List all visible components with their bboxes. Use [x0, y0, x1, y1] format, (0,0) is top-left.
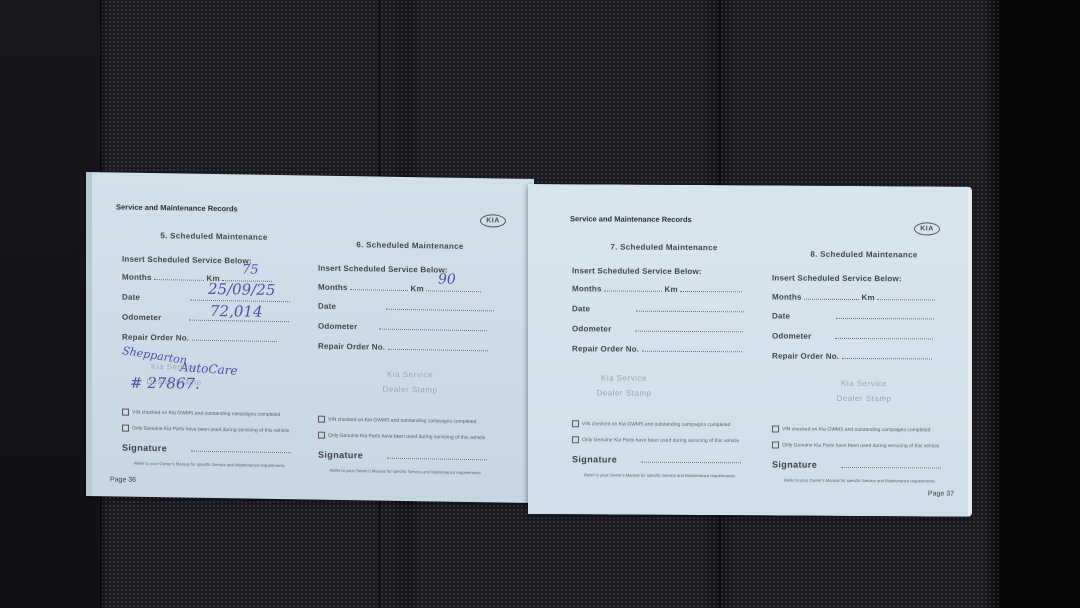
refer-note: Refer to your Owner's Manual for specifi…	[134, 461, 285, 468]
signature-field[interactable]: Signature	[772, 459, 941, 470]
stamp-line1: Kia Service	[524, 370, 724, 386]
section-title: 5. Scheduled Maintenance	[114, 230, 314, 242]
genuine-parts-checkbox[interactable]: Only Genuine Kia Parts have been used du…	[572, 436, 739, 444]
repair-order-field[interactable]: Repair Order No.	[318, 341, 488, 354]
odometer-label: Odometer	[772, 331, 811, 340]
months-label: Months	[572, 284, 602, 293]
repair-order-field[interactable]: Repair Order No.	[122, 332, 277, 344]
insert-label: Insert Scheduled Service Below:	[772, 273, 902, 283]
odometer-field[interactable]: Odometer	[122, 312, 289, 325]
checkbox-label: VIN checked on Kia GWMS and outstanding …	[582, 421, 730, 428]
genuine-parts-checkbox[interactable]: Only Genuine Kia Parts have been used du…	[318, 432, 485, 442]
insert-label: Insert Scheduled Service Below:	[122, 255, 252, 266]
stamp-line2: Dealer Stamp	[524, 385, 724, 401]
dealer-stamp-area: Kia ServiceDealer Stamp	[764, 375, 964, 406]
section-title: 8. Scheduled Maintenance	[764, 249, 964, 259]
checkbox-icon	[318, 416, 325, 423]
refer-note: Refer to your Owner's Manual for specifi…	[330, 468, 481, 475]
checkbox-label: VIN checked on Kia GWMS and outstanding …	[782, 426, 930, 433]
vin-checkbox[interactable]: VIN checked on Kia GWMS and outstanding …	[572, 420, 730, 428]
odometer-label: Odometer	[122, 313, 161, 323]
checkbox-icon	[772, 425, 779, 432]
km-label: Km	[862, 293, 875, 302]
dealer-stamp-area: Kia ServiceDealer Stamp	[310, 366, 510, 399]
months-label: Months	[122, 273, 152, 282]
signature-label: Signature	[772, 459, 817, 469]
signature-field[interactable]: Signature	[572, 454, 741, 465]
checkbox-icon	[572, 420, 579, 427]
genuine-parts-checkbox[interactable]: Only Genuine Kia Parts have been used du…	[122, 425, 289, 435]
checkbox-label: Only Genuine Kia Parts have been used du…	[132, 426, 289, 434]
signature-label: Signature	[318, 450, 363, 461]
refer-note: Refer to your Owner's Manual for specifi…	[584, 472, 735, 478]
odometer-field[interactable]: Odometer	[572, 323, 743, 334]
insert-label: Insert Scheduled Service Below:	[318, 264, 448, 275]
section-title: 6. Scheduled Maintenance	[310, 240, 510, 252]
signature-label: Signature	[572, 454, 617, 464]
signature-label: Signature	[122, 443, 167, 454]
genuine-parts-checkbox[interactable]: Only Genuine Kia Parts have been used du…	[772, 441, 939, 449]
handwritten-repair-order: # 27867.	[130, 374, 200, 393]
repair-order-label: Repair Order No.	[318, 342, 385, 352]
signature-field[interactable]: Signature	[122, 443, 291, 456]
odometer-field[interactable]: Odometer	[318, 321, 487, 334]
date-field[interactable]: Date	[572, 303, 744, 314]
stamp-line2: Dealer Stamp	[764, 390, 964, 406]
handwritten-date: 25/09/25	[208, 280, 275, 299]
repair-order-label: Repair Order No.	[122, 333, 189, 343]
months-km-field[interactable]: Months Km	[572, 283, 742, 294]
checkbox-label: VIN checked on Kia GWMS and outstanding …	[328, 417, 476, 425]
checkbox-icon	[122, 409, 129, 416]
vin-checkbox[interactable]: VIN checked on Kia GWMS and outstanding …	[318, 416, 476, 425]
stamp-line1: Kia Service	[764, 375, 964, 391]
date-label: Date	[318, 302, 336, 311]
page-36: Service and Maintenance Records KIA 5. S…	[86, 172, 534, 503]
repair-order-label: Repair Order No.	[572, 344, 639, 353]
section-8: 8. Scheduled Maintenance Insert Schedule…	[764, 185, 964, 516]
date-field[interactable]: Date	[772, 310, 934, 321]
refer-note: Refer to your Owner's Manual for specifi…	[784, 478, 935, 484]
checkbox-icon	[772, 441, 779, 448]
checkbox-icon	[318, 432, 325, 439]
months-label: Months	[318, 283, 348, 292]
insert-label: Insert Scheduled Service Below:	[572, 266, 702, 276]
signature-field[interactable]: Signature	[318, 450, 487, 463]
page-number: Page 36	[110, 476, 136, 483]
repair-order-field[interactable]: Repair Order No.	[572, 343, 742, 354]
date-field[interactable]: Date	[318, 301, 494, 314]
odometer-label: Odometer	[572, 324, 611, 333]
km-label: Km	[411, 284, 424, 293]
checkbox-label: Only Genuine Kia Parts have been used du…	[582, 437, 739, 444]
repair-order-field[interactable]: Repair Order No.	[772, 350, 932, 361]
dealer-stamp-area: Kia ServiceDealer Stamp	[524, 370, 724, 401]
months-label: Months	[772, 292, 802, 301]
date-label: Date	[122, 293, 140, 302]
date-label: Date	[572, 304, 590, 313]
section-6: 6. Scheduled Maintenance Insert Schedule…	[310, 176, 510, 503]
months-km-field[interactable]: Months Km	[772, 291, 935, 302]
km-label: Km	[665, 285, 678, 294]
page-number: Page 37	[928, 490, 954, 497]
handwritten-odometer: 72,014	[210, 302, 263, 321]
stamp-line2: Dealer Stamp	[310, 381, 510, 399]
vin-checkbox[interactable]: VIN checked on Kia GWMS and outstanding …	[772, 425, 930, 433]
checkbox-label: VIN checked on Kia GWMS and outstanding …	[132, 410, 280, 418]
vin-checkbox[interactable]: VIN checked on Kia GWMS and outstanding …	[122, 409, 280, 418]
checkbox-label: Only Genuine Kia Parts have been used du…	[782, 442, 939, 449]
odometer-field[interactable]: Odometer	[772, 330, 933, 341]
repair-order-label: Repair Order No.	[772, 351, 839, 360]
checkbox-icon	[572, 436, 579, 443]
checkbox-icon	[122, 425, 129, 432]
odometer-label: Odometer	[318, 322, 357, 332]
handwritten-km: 90	[438, 272, 456, 288]
months-km-field[interactable]: Months Km	[318, 282, 481, 295]
service-booklet: Service and Maintenance Records KIA 5. S…	[0, 0, 1080, 608]
page-37: Service and Maintenance Records KIA 7. S…	[528, 184, 972, 517]
section-7: 7. Scheduled Maintenance Insert Schedule…	[564, 184, 764, 515]
date-label: Date	[772, 311, 790, 320]
section-5: 5. Scheduled Maintenance Insert Schedule…	[114, 172, 314, 499]
checkbox-label: Only Genuine Kia Parts have been used du…	[328, 433, 485, 441]
handwritten-km: 75	[242, 262, 259, 277]
section-title: 7. Scheduled Maintenance	[564, 242, 764, 252]
